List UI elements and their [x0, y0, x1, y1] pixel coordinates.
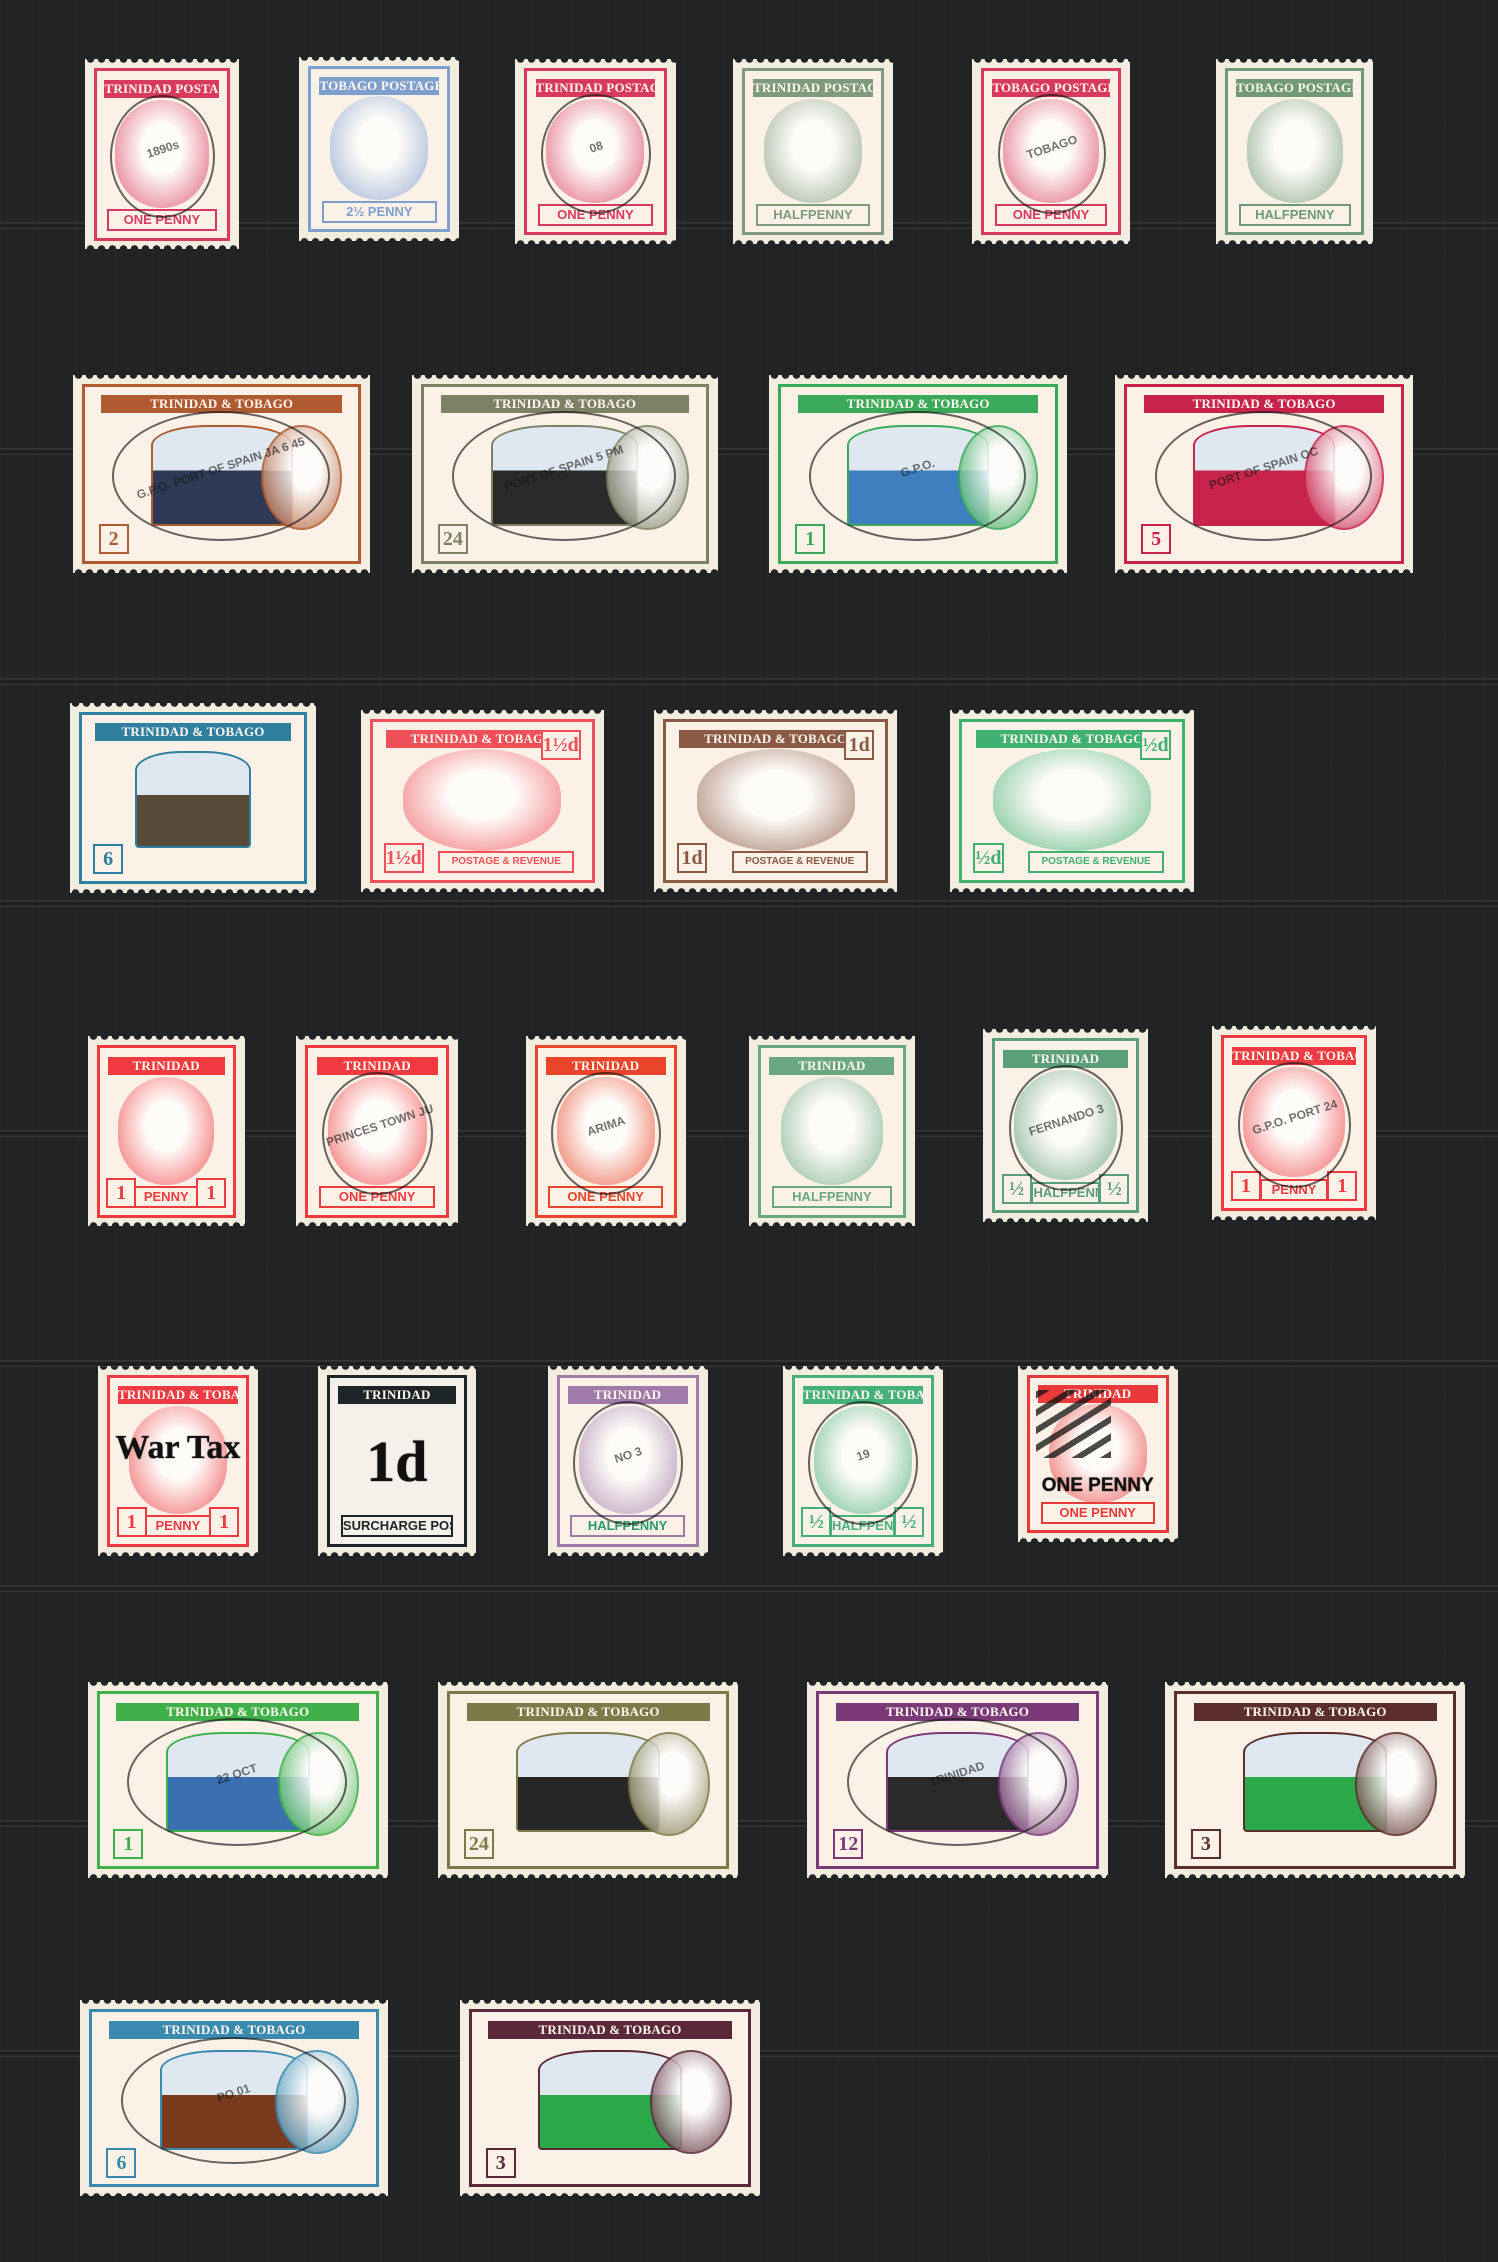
- stamp-design: TRINIDAD & TOBAGO3: [1174, 1691, 1456, 1869]
- stamp-design: TOBAGO POSTAGE2½ PENNY: [308, 66, 450, 233]
- stock-page: TRINIDAD POSTAGEONE PENNY1890sTOBAGO POS…: [0, 0, 1498, 2262]
- stamp-value-tablet: ONE PENNY: [995, 204, 1107, 226]
- stamp-denomination: 3: [1191, 1829, 1221, 1859]
- stamp-value-tablet: PENNY: [134, 1186, 198, 1208]
- stamp-value-tablet: HALFPENNY: [1239, 204, 1351, 226]
- monarch-vignette: [1243, 1067, 1344, 1177]
- stamp-corner-value: 1: [117, 1507, 147, 1537]
- monarch-portrait: [1355, 1732, 1436, 1836]
- stamp-design: TOBAGO POSTAGEONE PENNYTOBAGO: [981, 68, 1120, 235]
- stock-strip-divider: [0, 1585, 1498, 1591]
- monarch-vignette: [328, 1077, 427, 1185]
- monarch-portrait: [606, 425, 689, 530]
- stamp-country-label: TRINIDAD & TOBAGO: [467, 1703, 710, 1721]
- monarch-portrait: [278, 1732, 359, 1836]
- monarch-vignette: [579, 1406, 677, 1514]
- war-tax-overprint: War Tax: [110, 1428, 246, 1468]
- stamp-design: TRINIDAD POSTAGEONE PENNY08: [524, 68, 666, 235]
- stamp-value-tablet: PENNY: [145, 1515, 210, 1537]
- stamp-denomination: 1: [113, 1829, 143, 1859]
- postage-due-value: 1d: [330, 1428, 463, 1495]
- stamp[interactable]: TRINIDAD & TOBAGO3: [460, 2000, 760, 2196]
- stamp-corner-value: 1: [1327, 1171, 1357, 1201]
- barred-cancellation: [1036, 1390, 1111, 1459]
- stamp-denomination: 3: [486, 2148, 516, 2178]
- stamp-country-label: TRINIDAD & TOBAGO: [803, 1386, 923, 1404]
- stamp-design: TRINIDAD & TOBAGO122 OCT: [97, 1691, 379, 1869]
- monarch-portrait: [1304, 425, 1385, 530]
- monarch-vignette: [1014, 1070, 1116, 1180]
- stamp-country-label: TRINIDAD & TOBAGO: [798, 395, 1039, 413]
- stamp-corner-value: ½: [801, 1507, 831, 1537]
- stamp-denomination: ½d: [1140, 730, 1170, 760]
- stamp-country-label: TRINIDAD & TOBAGO: [488, 2021, 731, 2039]
- stamp-country-label: TRINIDAD & TOBAGO: [679, 730, 872, 748]
- stamp-design: TRINIDADONE PENNYPRINCES TOWN JU: [305, 1045, 449, 1217]
- stamp-country-label: TRINIDAD & TOBAGO: [1194, 1703, 1437, 1721]
- stamp-corner-value: ½: [894, 1507, 924, 1537]
- monarch-vignette: [1003, 99, 1099, 204]
- stamp-value-tablet: HALFPENNY: [570, 1515, 684, 1537]
- stamp-denomination: 6: [106, 2148, 136, 2178]
- monarch-vignette: [764, 99, 862, 204]
- stamp-value-tablet: HALFPENNY: [772, 1186, 891, 1208]
- stamp[interactable]: TRINIDAD & TOBAGO2G.P.O. PORT OF SPAIN J…: [73, 375, 370, 574]
- stamp-denomination: 24: [438, 524, 468, 554]
- stamp-country-label: TRINIDAD & TOBAGO: [1144, 395, 1385, 413]
- monarch-portrait: [958, 425, 1039, 530]
- stamp-country-label: TRINIDAD: [568, 1386, 688, 1404]
- stamp-country-label: TOBAGO POSTAGE: [992, 79, 1109, 97]
- monarch-vignette: [814, 1406, 912, 1514]
- stamp-country-label: TRINIDAD: [108, 1057, 225, 1075]
- stamp-design: TRINIDAD & TOBAGOPENNY11G.P.O. PORT 24: [1221, 1035, 1367, 1210]
- stamp-design: TRINIDADHALFPENNY½½FERNANDO 3: [992, 1038, 1140, 1213]
- stamp-country-label: TRINIDAD: [338, 1386, 455, 1404]
- stamp-denomination: 1d: [677, 843, 707, 873]
- monarch-vignette: [118, 1077, 214, 1185]
- stamp-bottom-label: POSTAGE & REVENUE: [1028, 851, 1164, 873]
- monarch-vignette: [557, 1077, 655, 1185]
- stamp-design: TRINIDAD & TOBAGOPENNY11War Tax: [107, 1375, 249, 1547]
- stamp[interactable]: TRINIDAD & TOBAGOPENNY11G.P.O. PORT 24: [1212, 1026, 1376, 1219]
- stock-strip-divider: [0, 678, 1498, 684]
- stamp-denomination: 1½d: [384, 843, 424, 873]
- stamp-design: TRINIDADPENNY11: [97, 1045, 236, 1217]
- monarch-vignette: [546, 99, 644, 204]
- stamp-design: TRINIDAD POSTAGEONE PENNY1890s: [94, 68, 230, 240]
- stamp-denomination: 1d: [844, 730, 874, 760]
- stamp-value-tablet: HALFPENNY: [756, 204, 870, 226]
- stamp[interactable]: TRINIDAD & TOBAGO1½d1½dPOSTAGE & REVENUE: [361, 710, 604, 892]
- stamp-denomination: 24: [464, 1829, 494, 1859]
- stamp-country-label: TRINIDAD & TOBAGO: [441, 395, 689, 413]
- stamp-country-label: TRINIDAD & TOBAGO: [1232, 1047, 1356, 1065]
- stamp-country-label: TRINIDAD: [317, 1057, 438, 1075]
- stamp[interactable]: TRINIDAD & TOBAGO1d1dPOSTAGE & REVENUE: [654, 710, 897, 892]
- stamp[interactable]: TOBAGO POSTAGE2½ PENNY: [299, 57, 459, 242]
- stamp-bottom-label: POSTAGE & REVENUE: [438, 851, 574, 873]
- stamp-value-tablet: 2½ PENNY: [322, 201, 436, 223]
- stamp[interactable]: TRINIDAD & TOBAGO3: [1165, 1682, 1465, 1878]
- one-penny-surcharge: ONE PENNY: [1030, 1475, 1166, 1497]
- monarch-vignette: [1247, 99, 1343, 204]
- stamp-value-tablet: ONE PENNY: [1041, 1502, 1155, 1524]
- stamp[interactable]: TRINIDAD1dSURCHARGE POSTAGE: [318, 1366, 475, 1556]
- monarch-vignette: [115, 100, 209, 208]
- stamp-bottom-label: POSTAGE & REVENUE: [732, 851, 868, 873]
- stamp-value-tablet: HALFPENNY: [1031, 1182, 1099, 1204]
- stamp-design: TRINIDAD & TOBAGO24PORT OF SPAIN 5 PM: [421, 384, 709, 565]
- stamp[interactable]: TRINIDAD & TOBAGO6PO 01: [80, 2000, 387, 2196]
- stamp[interactable]: TRINIDADONE PENNYARIMA: [526, 1036, 686, 1226]
- stamp-design: TRINIDAD & TOBAGOHALFPENNY½½19: [792, 1375, 934, 1547]
- stamp[interactable]: TOBAGO POSTAGEHALFPENNY: [1216, 59, 1373, 244]
- stamp-country-label: TRINIDAD POSTAGE: [536, 79, 656, 97]
- stamp[interactable]: TRINIDADONE PENNYPRINCES TOWN JU: [296, 1036, 458, 1226]
- monarch-portrait: [275, 2050, 358, 2154]
- stamp-design: TRINIDAD & TOBAGO6PO 01: [89, 2009, 378, 2187]
- stamp-denomination: 5: [1141, 524, 1171, 554]
- monarch-vignette: [697, 749, 855, 852]
- stamp[interactable]: TRINIDAD & TOBAGO6: [70, 703, 316, 893]
- stamp-denomination: 1: [795, 524, 825, 554]
- stamp[interactable]: TOBAGO POSTAGEONE PENNYTOBAGO: [972, 59, 1129, 244]
- monarch-portrait: [650, 2050, 731, 2154]
- stamp-design: TRINIDAD & TOBAGO6: [79, 712, 307, 884]
- stamp-design: TRINIDAD & TOBAGO5PORT OF SPAIN OC: [1124, 384, 1403, 565]
- stamp-denomination: 2: [99, 524, 129, 554]
- stamp[interactable]: TRINIDAD & TOBAGO24PORT OF SPAIN 5 PM: [412, 375, 718, 574]
- stamp[interactable]: TRINIDAD & TOBAGO1G.P.O.: [769, 375, 1066, 574]
- stamp[interactable]: TRINIDADHALFPENNYNO 3: [548, 1366, 708, 1556]
- stamp-design: TRINIDAD & TOBAGO2G.P.O. PORT OF SPAIN J…: [82, 384, 361, 565]
- monarch-portrait: [261, 425, 342, 530]
- stamp-corner-value: 1: [1231, 1171, 1261, 1201]
- stamp[interactable]: TRINIDAD & TOBAGO5PORT OF SPAIN OC: [1115, 375, 1412, 574]
- stamp-design: TRINIDADONE PENNYONE PENNY: [1027, 1375, 1169, 1533]
- stamp-country-label: TRINIDAD: [769, 1057, 894, 1075]
- stamp-bottom-label: SURCHARGE POSTAGE: [341, 1515, 453, 1537]
- stamp[interactable]: TRINIDAD & TOBAGO½d½dPOSTAGE & REVENUE: [950, 710, 1193, 892]
- stamp-corner-value: 1: [196, 1178, 226, 1208]
- stamp-corner-value: ½: [1002, 1174, 1032, 1204]
- stamp-design: TRINIDAD & TOBAGO1G.P.O.: [778, 384, 1057, 565]
- stamp-country-label: TOBAGO POSTAGE: [319, 77, 439, 95]
- stamp[interactable]: TRINIDADHALFPENNY½½FERNANDO 3: [983, 1029, 1149, 1222]
- stamp-value-tablet: HALFPENNY: [830, 1515, 895, 1537]
- monarch-vignette: [781, 1077, 883, 1185]
- monarch-vignette: [403, 749, 561, 852]
- stamp[interactable]: TRINIDADONE PENNYONE PENNY: [1018, 1366, 1178, 1542]
- stamp-value-tablet: ONE PENNY: [538, 204, 652, 226]
- stamp[interactable]: TRINIDAD & TOBAGOHALFPENNY½½19: [783, 1366, 943, 1556]
- stamp-country-label: TRINIDAD & TOBAGO: [101, 395, 342, 413]
- stamp-country-label: TOBAGO POSTAGE: [1236, 79, 1353, 97]
- stamp[interactable]: TRINIDAD POSTAGEHALFPENNY: [733, 59, 893, 244]
- stamp-value-tablet: ONE PENNY: [548, 1186, 662, 1208]
- stamp-corner-value: 1: [209, 1507, 239, 1537]
- stamp-design: TRINIDAD POSTAGEHALFPENNY: [742, 68, 884, 235]
- monarch-portrait: [628, 1732, 709, 1836]
- stamp-value-tablet: ONE PENNY: [319, 1186, 435, 1208]
- stamp-country-label: TRINIDAD & TOBAGO: [118, 1386, 238, 1404]
- stamp-country-label: TRINIDAD POSTAGE: [104, 80, 219, 98]
- stamp-design: TRINIDAD & TOBAGO3: [469, 2009, 751, 2187]
- stamp-design: TRINIDAD & TOBAGO1½d1½dPOSTAGE & REVENUE: [370, 719, 595, 883]
- stamp-country-label: TRINIDAD & TOBAGO: [116, 1703, 359, 1721]
- stamp-country-label: TRINIDAD & TOBAGO: [95, 723, 290, 741]
- stamp-corner-value: 1: [106, 1178, 136, 1208]
- stamp-design: TRINIDAD & TOBAGO1d1dPOSTAGE & REVENUE: [663, 719, 888, 883]
- stamp-design: TRINIDADHALFPENNYNO 3: [557, 1375, 699, 1547]
- stock-strip-divider: [0, 900, 1498, 906]
- stamp-design: TRINIDAD & TOBAGO½d½dPOSTAGE & REVENUE: [959, 719, 1184, 883]
- stamp[interactable]: TRINIDAD POSTAGEONE PENNY1890s: [85, 59, 239, 249]
- stamp[interactable]: TRINIDADHALFPENNY: [749, 1036, 915, 1226]
- stamp[interactable]: TRINIDAD & TOBAGO24: [438, 1682, 738, 1878]
- stamp-value-tablet: PENNY: [1260, 1179, 1327, 1201]
- stamp-country-label: TRINIDAD: [546, 1057, 666, 1075]
- stamp-denomination: 6: [93, 844, 123, 874]
- stamp-design: TRINIDADHALFPENNY: [758, 1045, 906, 1217]
- stamp[interactable]: TRINIDAD & TOBAGO12TRINIDAD: [807, 1682, 1107, 1878]
- stamp-country-label: TRINIDAD & TOBAGO: [109, 2021, 358, 2039]
- stamp-design: TRINIDAD & TOBAGO24: [447, 1691, 729, 1869]
- stamp-country-label: TRINIDAD POSTAGE: [753, 79, 873, 97]
- stamp-corner-value: ½: [1099, 1174, 1129, 1204]
- stamp[interactable]: TRINIDAD POSTAGEONE PENNY08: [515, 59, 675, 244]
- stamp-denomination: ½d: [973, 843, 1003, 873]
- stamp-value-tablet: ONE PENNY: [107, 209, 217, 231]
- stamp-scene-vignette: [135, 751, 250, 848]
- monarch-vignette: [330, 96, 428, 201]
- stamp-denomination: 12: [833, 1829, 863, 1859]
- stamp[interactable]: TRINIDAD & TOBAGO122 OCT: [88, 1682, 388, 1878]
- stamp-country-label: TRINIDAD & TOBAGO: [836, 1703, 1079, 1721]
- monarch-portrait: [998, 1732, 1079, 1836]
- stamp-design: TRINIDAD & TOBAGO12TRINIDAD: [816, 1691, 1098, 1869]
- stamp-design: TOBAGO POSTAGEHALFPENNY: [1225, 68, 1364, 235]
- stamp-denomination: 1½d: [541, 730, 581, 760]
- stamp-country-label: TRINIDAD: [1003, 1050, 1128, 1068]
- stamp[interactable]: TRINIDAD & TOBAGOPENNY11War Tax: [98, 1366, 258, 1556]
- stamp[interactable]: TRINIDADPENNY11: [88, 1036, 245, 1226]
- monarch-vignette: [993, 749, 1151, 852]
- stamp-design: TRINIDADONE PENNYARIMA: [535, 1045, 677, 1217]
- stamp-design: TRINIDAD1dSURCHARGE POSTAGE: [327, 1375, 466, 1547]
